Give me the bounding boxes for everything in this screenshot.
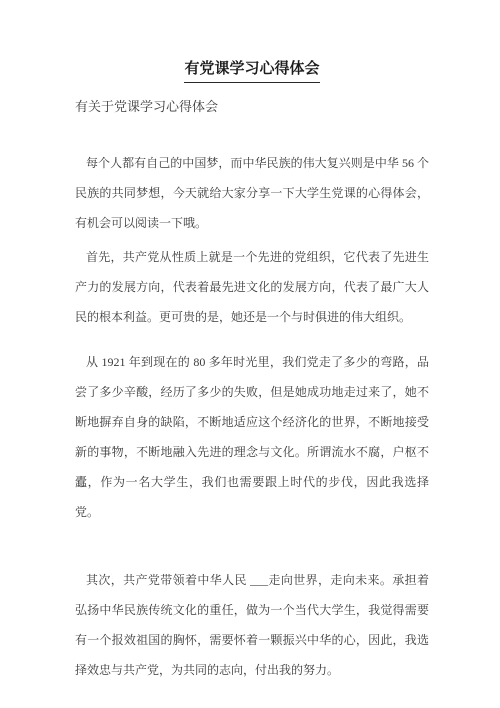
paragraph: 首先，共产党从性质上就是一个先进的党组织，它代表了先进生产力的发展方向，代表着最… [75, 242, 429, 332]
document-title-text: 有党课学习心得体会 [184, 58, 319, 83]
document-page: 有党课学习心得体会 有关于党课学习心得体会 每个人都有自己的中国梦，而中华民族的… [0, 0, 500, 708]
paragraph: 每个人都有自己的中国梦，而中华民族的伟大复兴则是中华 56 个民族的共同梦想，今… [75, 148, 429, 238]
document-subtitle: 有关于党课学习心得体会 [75, 97, 429, 117]
paragraph: 从 1921 年到现在的 80 多年时光里，我们党走了多少的弯路，品尝了多少辛酸… [75, 347, 429, 527]
paragraph: 其次，共产党带领着中华人民 ___走向世界，走向未来。承担着弘扬中华民族传统文化… [75, 565, 429, 685]
document-title: 有党课学习心得体会 [75, 58, 429, 83]
